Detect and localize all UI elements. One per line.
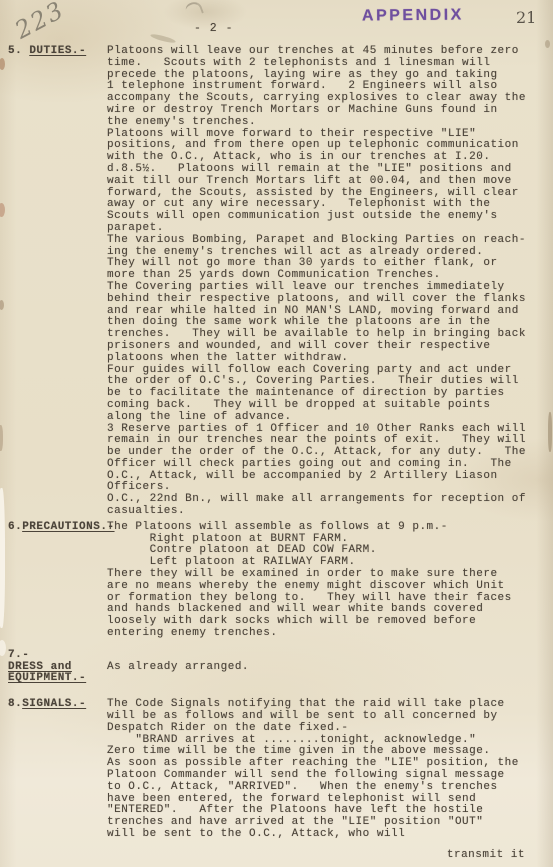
section-signals-text: The Code Signals notifying that the raid…: [107, 699, 541, 841]
section-dress-label: 7.-DRESS andEQUIPMENT.-: [0, 650, 107, 685]
document-page: 223 - 2 - APPENDIX 21 5. DUTIES.- Platoo…: [0, 0, 553, 867]
section-title-line2: EQUIPMENT.-: [8, 672, 86, 684]
page-number-right: 21: [516, 8, 536, 27]
pencil-mark: [184, 0, 204, 18]
section-signals-label: 8.SIGNALS.-: [0, 699, 107, 711]
section-number: 5.: [8, 45, 29, 57]
section-precautions-text: The Platoons will assemble as follows at…: [107, 522, 541, 640]
section-duties-text: Platoons will leave our trenches at 45 m…: [107, 46, 541, 518]
handwritten-folio-number: 223: [10, 0, 69, 45]
section-dress-text: As already arranged.: [107, 650, 541, 674]
document-body: 5. DUTIES.- Platoons will leave our tren…: [0, 46, 553, 862]
appendix-stamp: APPENDIX: [362, 7, 464, 26]
paper-smudge: [150, 33, 176, 45]
catchword: transmit it: [0, 850, 553, 862]
section-number: 8.: [8, 698, 22, 710]
section-precautions-label: 6.PRECAUTIONS.-: [0, 522, 107, 534]
section-signals: 8.SIGNALS.- The Code Signals notifying t…: [0, 699, 553, 841]
section-dress-equipment: 7.-DRESS andEQUIPMENT.- As already arran…: [0, 650, 553, 685]
section-title: SIGNALS.-: [22, 698, 86, 710]
section-duties-label: 5. DUTIES.-: [0, 46, 107, 58]
section-number: 7.-: [8, 649, 29, 661]
section-title-line1: DRESS and: [8, 661, 72, 673]
section-number: 6.: [8, 521, 22, 533]
page-number-center: - 2 -: [194, 23, 234, 35]
section-duties: 5. DUTIES.- Platoons will leave our tren…: [0, 46, 553, 518]
section-title: PRECAUTIONS.-: [22, 521, 114, 533]
section-precautions: 6.PRECAUTIONS.- The Platoons will assemb…: [0, 522, 553, 640]
section-title: DUTIES.-: [29, 45, 86, 57]
